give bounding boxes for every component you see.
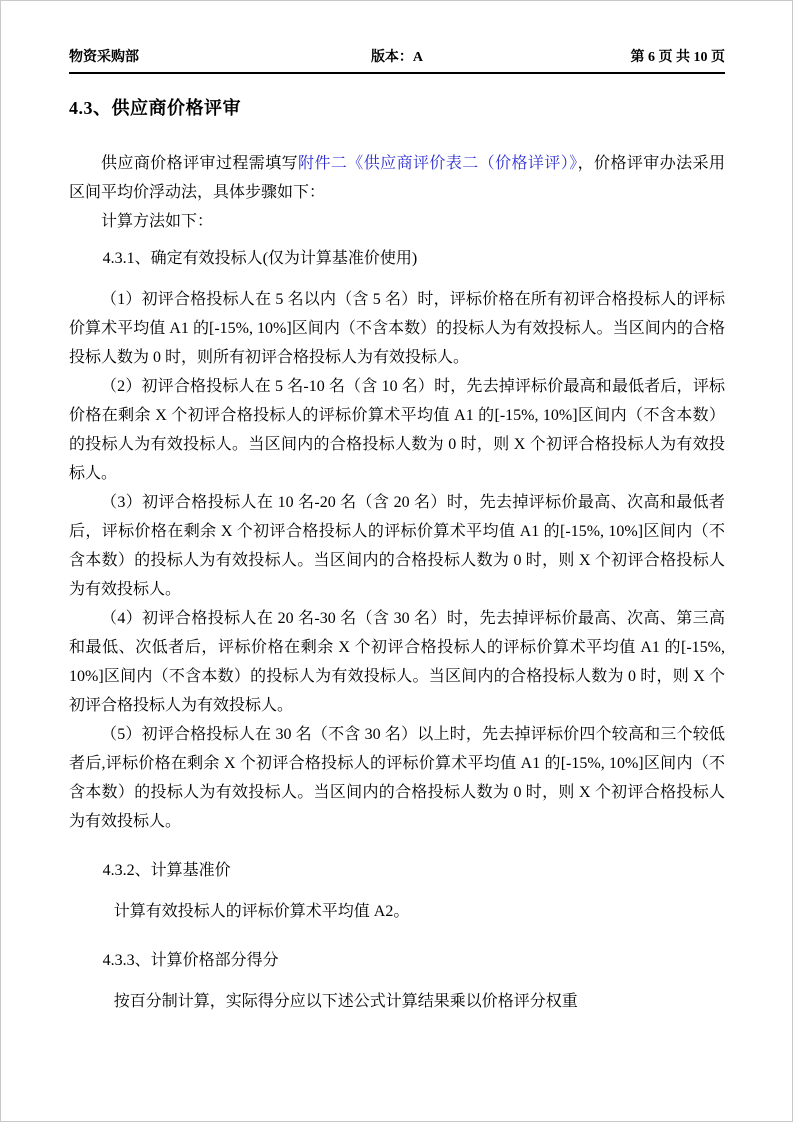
subsection-431-body: （1）初评合格投标人在 5 名以内（含 5 名）时，评标价格在所有初评合格投标人…	[69, 285, 725, 836]
header-department: 物资采购部	[69, 49, 371, 67]
header-version: 版本：A	[371, 49, 423, 67]
document-page: 物资采购部 版本：A 第 6 页 共 10 页 4.3、供应商价格评审 供应商价…	[0, 0, 793, 1122]
section-title: 4.3、供应商价格评审	[69, 96, 725, 121]
rule-paragraph-1: （1）初评合格投标人在 5 名以内（含 5 名）时，评标价格在所有初评合格投标人…	[69, 285, 725, 372]
attachment-link[interactable]: 附件二《供应商评价表二（价格详评）》	[298, 155, 578, 172]
subsection-heading-432: 4.3.2、计算基准价	[69, 856, 725, 885]
header-page-number: 第 6 页 共 10 页	[423, 49, 725, 67]
subsection-heading-431: 4.3.1、确定有效投标人(仅为计算基准价使用)	[69, 244, 725, 273]
rule-paragraph-2: （2）初评合格投标人在 5 名-10 名（含 10 名）时，先去掉评标价最高和最…	[69, 372, 725, 488]
subsection-433-body: 按百分制计算，实际得分应以下述公式计算结果乘以价格评分权重	[69, 987, 725, 1016]
intro-paragraph: 供应商价格评审过程需填写附件二《供应商评价表二（价格详评）》，价格评审办法采用区…	[69, 149, 725, 207]
rule-paragraph-5: （5）初评合格投标人在 30 名（不含 30 名）以上时，先去掉评标价四个较高和…	[69, 720, 725, 836]
page-header: 物资采购部 版本：A 第 6 页 共 10 页	[69, 49, 725, 74]
page-content: 物资采购部 版本：A 第 6 页 共 10 页 4.3、供应商价格评审 供应商价…	[1, 1, 792, 1016]
method-note: 计算方法如下：	[69, 207, 725, 236]
subsection-heading-433: 4.3.3、计算价格部分得分	[69, 946, 725, 975]
rule-paragraph-3: （3）初评合格投标人在 10 名-20 名（含 20 名）时，先去掉评标价最高、…	[69, 488, 725, 604]
intro-text-prefix: 供应商价格评审过程需填写	[101, 155, 298, 172]
rule-paragraph-4: （4）初评合格投标人在 20 名-30 名（含 30 名）时，先去掉评标价最高、…	[69, 604, 725, 720]
subsection-432-body: 计算有效投标人的评标价算术平均值 A2。	[69, 897, 725, 926]
